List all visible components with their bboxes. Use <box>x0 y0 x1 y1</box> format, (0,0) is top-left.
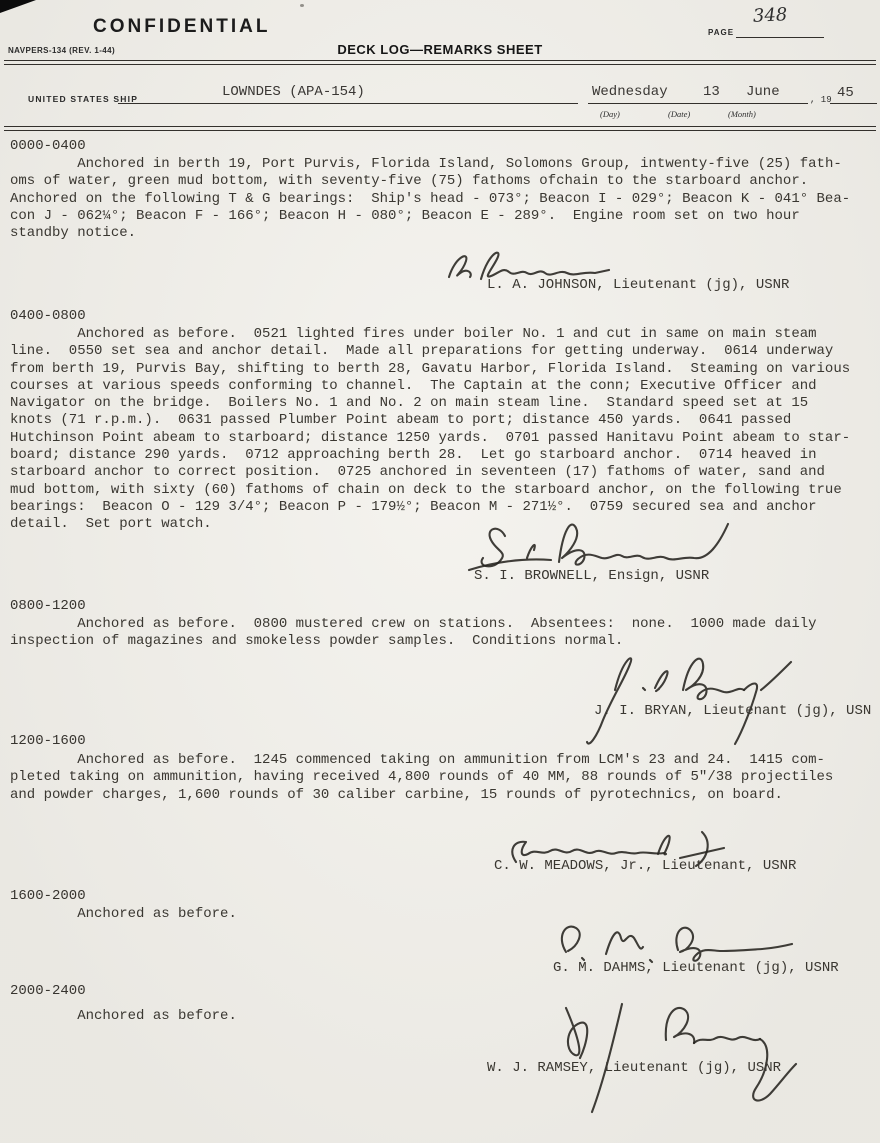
document-title: DECK LOG—REMARKS SHEET <box>0 42 880 57</box>
page-number-line <box>736 36 824 38</box>
log-month: June <box>746 84 780 100</box>
signature-typed: W. J. RAMSEY, Lieutenant (jg), USNR <box>487 1060 781 1076</box>
header-rule-bottom <box>4 126 876 131</box>
log-date: 13 <box>703 84 720 100</box>
log-year: 45 <box>837 85 854 101</box>
signature-typed: S. I. BROWNELL, Ensign, USNR <box>474 568 709 584</box>
log-entry-text: Anchored as before. 0800 mustered crew o… <box>10 616 872 651</box>
page-label: PAGE <box>708 28 734 37</box>
signature-typed: L. A. JOHNSON, Lieutenant (jg), USNR <box>487 277 789 293</box>
scan-speck <box>300 4 304 7</box>
log-entry-text: Anchored as before. 0521 lighted fires u… <box>10 326 872 534</box>
ship-name-line <box>118 102 578 104</box>
signature-typed: G. M. DAHMS, Lieutenant (jg), USNR <box>553 960 839 976</box>
watch-heading: 0400-0800 <box>10 308 86 324</box>
ship-name: LOWNDES (APA-154) <box>222 84 365 100</box>
signature-script-brownell <box>465 516 735 574</box>
deck-log-page: CONFIDENTIAL 348 PAGE NAVPERS-134 (REV. … <box>0 0 880 1143</box>
date-line <box>588 102 808 104</box>
signature-script-bryan <box>585 648 795 750</box>
watch-heading: 0000-0400 <box>10 138 86 154</box>
classification-stamp: CONFIDENTIAL <box>93 16 270 38</box>
watch-heading: 1600-2000 <box>10 888 86 904</box>
day-caption: (Day) <box>600 109 620 119</box>
header-rule-top <box>4 60 876 65</box>
log-day: Wednesday <box>592 84 668 100</box>
log-entry-text: Anchored in berth 19, Port Purvis, Flori… <box>10 156 872 242</box>
watch-heading: 2000-2400 <box>10 983 86 999</box>
log-entry-text: Anchored as before. 1245 commenced takin… <box>10 752 872 804</box>
watch-heading: 1200-1600 <box>10 733 86 749</box>
date-caption: (Date) <box>668 109 690 119</box>
scan-corner-mark <box>0 0 36 13</box>
year-prefix: , 19 <box>810 95 832 105</box>
signature-typed: C. W. MEADOWS, Jr., Lieutenant, USNR <box>494 858 796 874</box>
signature-typed: J. I. BRYAN, Lieutenant (jg), USN <box>594 703 871 719</box>
page-number-handwritten: 348 <box>752 4 787 27</box>
year-line <box>830 102 877 104</box>
watch-heading: 0800-1200 <box>10 598 86 614</box>
month-caption: (Month) <box>728 109 756 119</box>
